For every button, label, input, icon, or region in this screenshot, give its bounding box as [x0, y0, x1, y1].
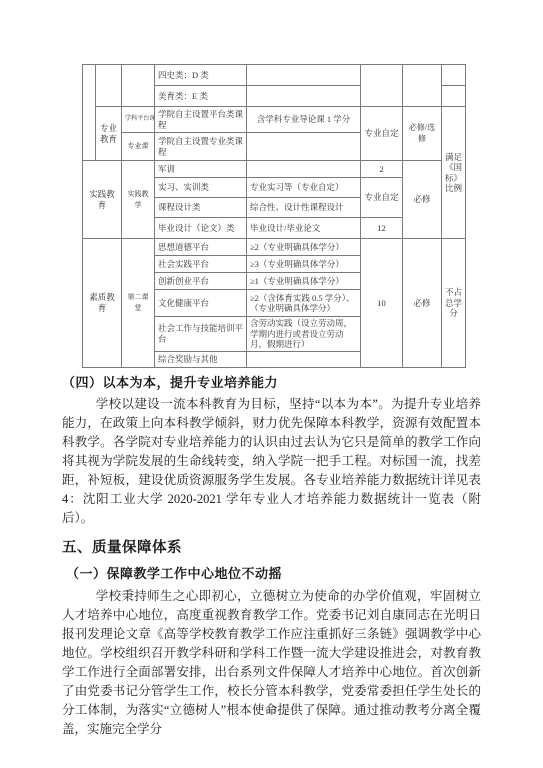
table-cell	[247, 161, 361, 178]
group-cell-quality-education: 素质教育	[83, 239, 122, 368]
heading-section-4: （四）以本为本，提升专业培养能力	[62, 372, 481, 391]
table-cell-desc: 专业实习等（专业自定）	[247, 178, 361, 198]
group-cell-practice-education: 实践教育	[83, 161, 122, 239]
table-cell-item: 实习、实训类	[155, 178, 247, 198]
note-cell-national-standard: 满足《国标》比例	[442, 107, 466, 239]
paragraph-section-5-1: 学校秉持师生之心即初心，立德树立为使命的办学价值观，牢固树立人才培养中心地位，高…	[62, 587, 481, 739]
table-row: 实践教育 实践教学 军训 2 必修	[83, 161, 466, 178]
document-page: 四史类：D 类 美育类：E 类 专业教育 学科平台课 学院自主设置平台类课程 含…	[0, 0, 543, 768]
table-cell-type: 必修	[403, 161, 442, 239]
table-cell-continued	[83, 65, 96, 161]
table-cell-subgroup: 第二课堂	[122, 239, 155, 368]
table-cell	[361, 65, 403, 107]
table-cell-item: 文化健康平台	[155, 290, 247, 317]
table-cell-subgroup: 学科平台课	[122, 107, 155, 133]
table-cell	[247, 133, 361, 161]
table-cell-item: 创新创业平台	[155, 273, 247, 290]
table-cell-desc: ≥2（含体育实践 0.5 学分）、（专业明确具体学分）	[247, 290, 361, 317]
table-cell-desc: ≥3（专业明确具体学分）	[247, 256, 361, 273]
table-cell-desc: 综合性、设计性课程设计	[247, 198, 361, 218]
table-row: 专业教育 学科平台课 学院自主设置平台类课程 含学科专业导论课 1 学分 专业自…	[83, 107, 466, 133]
paragraph-section-4: 学校以建设一流本科教育为目标，坚持“以本为本”。为提升专业培养能力，在政策上向本…	[62, 395, 481, 528]
note-cell-not-counted: 不占总学分	[442, 239, 466, 368]
table-cell	[442, 86, 466, 107]
table-cell-desc: ≥1（专业明确具体学分）	[247, 273, 361, 290]
table-cell-item: 思想道德平台	[155, 239, 247, 256]
table-cell	[247, 65, 361, 86]
table-cell-item: 社会实践平台	[155, 256, 247, 273]
page-number: 13	[0, 706, 543, 716]
table-cell-desc: 毕业设计/毕业论文	[247, 218, 361, 239]
table-cell-item: 军训	[155, 161, 247, 178]
table-cell-type: 必修/选修	[403, 107, 442, 161]
table-cell	[247, 86, 361, 107]
table-cell	[403, 65, 442, 107]
table-cell-subgroup: 专业课	[122, 133, 155, 161]
table-cell-credits: 12	[361, 218, 403, 239]
table-cell-credits: 10	[361, 239, 403, 368]
table-cell-item: 学院自主设置专业类课程	[155, 133, 247, 161]
group-cell-professional-education: 专业教育	[96, 107, 122, 161]
table-cell-desc: 含劳动实践（设立劳动周，学期内进行或者设立劳动月，假期进行）	[247, 317, 361, 352]
table-cell-desc: 含学科专业导论课 1 学分	[247, 107, 361, 133]
heading-section-5-1: （一）保障教学工作中心地位不动摇	[66, 563, 481, 582]
table-cell-desc: ≥2（专业明确具体学分）	[247, 239, 361, 256]
table-cell-continued	[96, 65, 122, 107]
table-cell-type: 必修	[403, 239, 442, 368]
table-cell-item: 四史类：D 类	[155, 65, 247, 86]
table-cell-item: 学院自主设置平台类课程	[155, 107, 247, 133]
table-row: 素质教育 第二课堂 思想道德平台 ≥2（专业明确具体学分） 10 必修 不占总学…	[83, 239, 466, 256]
table-cell-continued	[122, 65, 155, 107]
table-row: 四史类：D 类	[83, 65, 466, 86]
table-cell-item: 毕业设计（论文）类	[155, 218, 247, 239]
table-cell-credits: 专业自定	[361, 178, 403, 218]
table-cell-credits: 2	[361, 161, 403, 178]
table-cell-item: 社会工作与技能培训平台	[155, 317, 247, 352]
heading-chapter-5: 五、质量保障体系	[62, 536, 481, 557]
table-cell-item: 美育类：E 类	[155, 86, 247, 107]
table-cell-subgroup: 实践教学	[122, 161, 155, 239]
table-cell-item: 课程设计类	[155, 198, 247, 218]
table-cell-item: 综合奖励与其他	[155, 351, 247, 367]
table-cell	[247, 351, 361, 367]
body-text: （四）以本为本，提升专业培养能力 学校以建设一流本科教育为目标，坚持“以本为本”…	[62, 372, 481, 745]
table-cell	[442, 65, 466, 86]
curriculum-table: 四史类：D 类 美育类：E 类 专业教育 学科平台课 学院自主设置平台类课程 含…	[82, 64, 466, 368]
table-cell-credits: 专业自定	[361, 107, 403, 161]
